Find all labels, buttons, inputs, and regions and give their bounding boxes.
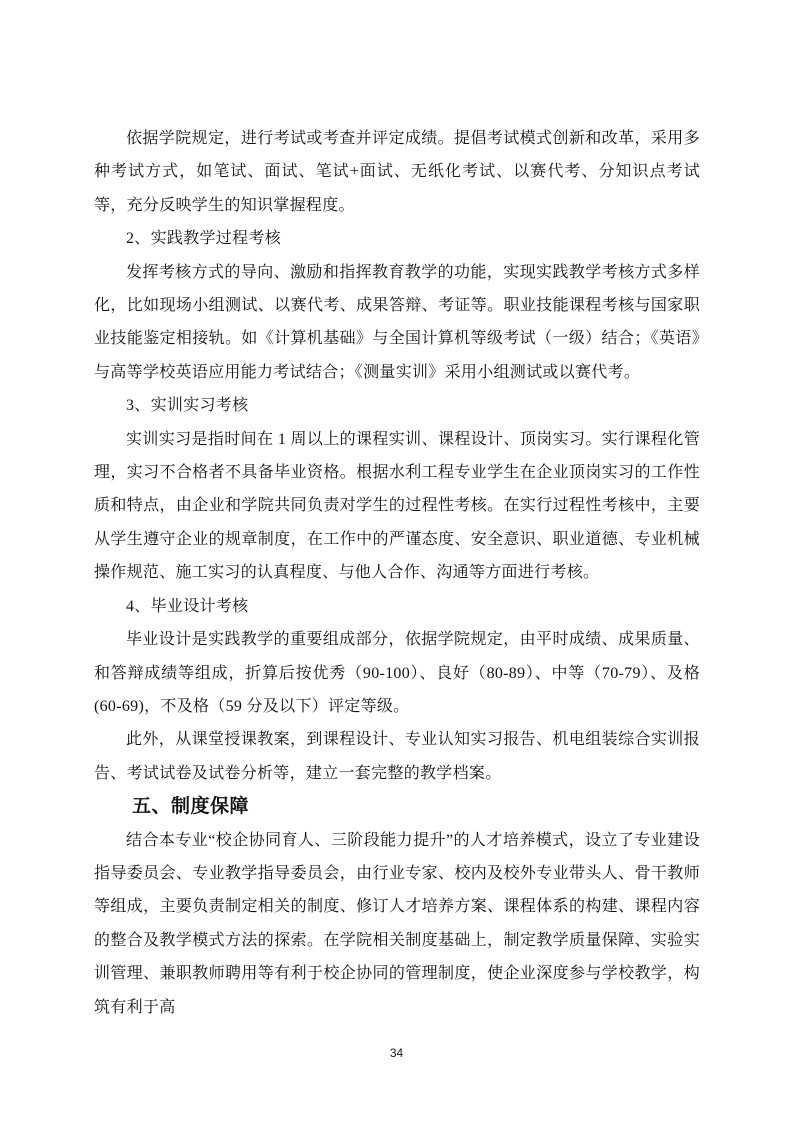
- subheading-graduation-design-assessment: 4、毕业设计考核: [94, 590, 700, 623]
- subheading-training-internship-assessment: 3、实训实习考核: [94, 389, 700, 422]
- page-number: 34: [390, 1046, 403, 1060]
- paragraph-graduation-design-detail: 毕业设计是实践教学的重要组成部分，依据学院规定，由平时成绩、成果质量、和答辩成绩…: [94, 623, 700, 723]
- section-heading-system-guarantee: 五、制度保障: [94, 790, 700, 823]
- document-page: 依据学院规定，进行考试或考查并评定成绩。提倡考试模式创新和改革，采用多种考试方式…: [0, 0, 793, 1122]
- paragraph-teaching-archive: 此外，从课堂授课教案，到课程设计、专业认知实习报告、机电组装综合实训报告、考试试…: [94, 723, 700, 790]
- subheading-practice-teaching-assessment: 2、实践教学过程考核: [94, 222, 700, 255]
- paragraph-practice-assessment-detail: 发挥考核方式的导向、激励和指挥教育教学的功能，实现实践教学考核方式多样化，比如现…: [94, 256, 700, 390]
- page-footer: 34: [0, 1044, 793, 1122]
- paragraph-system-guarantee-detail: 结合本专业“校企协同育人、三阶段能力提升”的人才培养模式，设立了专业建设指导委员…: [94, 824, 700, 1024]
- document-content: 依据学院规定，进行考试或考查并评定成绩。提倡考试模式创新和改革，采用多种考试方式…: [94, 122, 700, 1024]
- paragraph-training-assessment-detail: 实训实习是指时间在 1 周以上的课程实训、课程设计、顶岗实习。实行课程化管理，实…: [94, 423, 700, 590]
- paragraph-exam-rules: 依据学院规定，进行考试或考查并评定成绩。提倡考试模式创新和改革，采用多种考试方式…: [94, 122, 700, 222]
